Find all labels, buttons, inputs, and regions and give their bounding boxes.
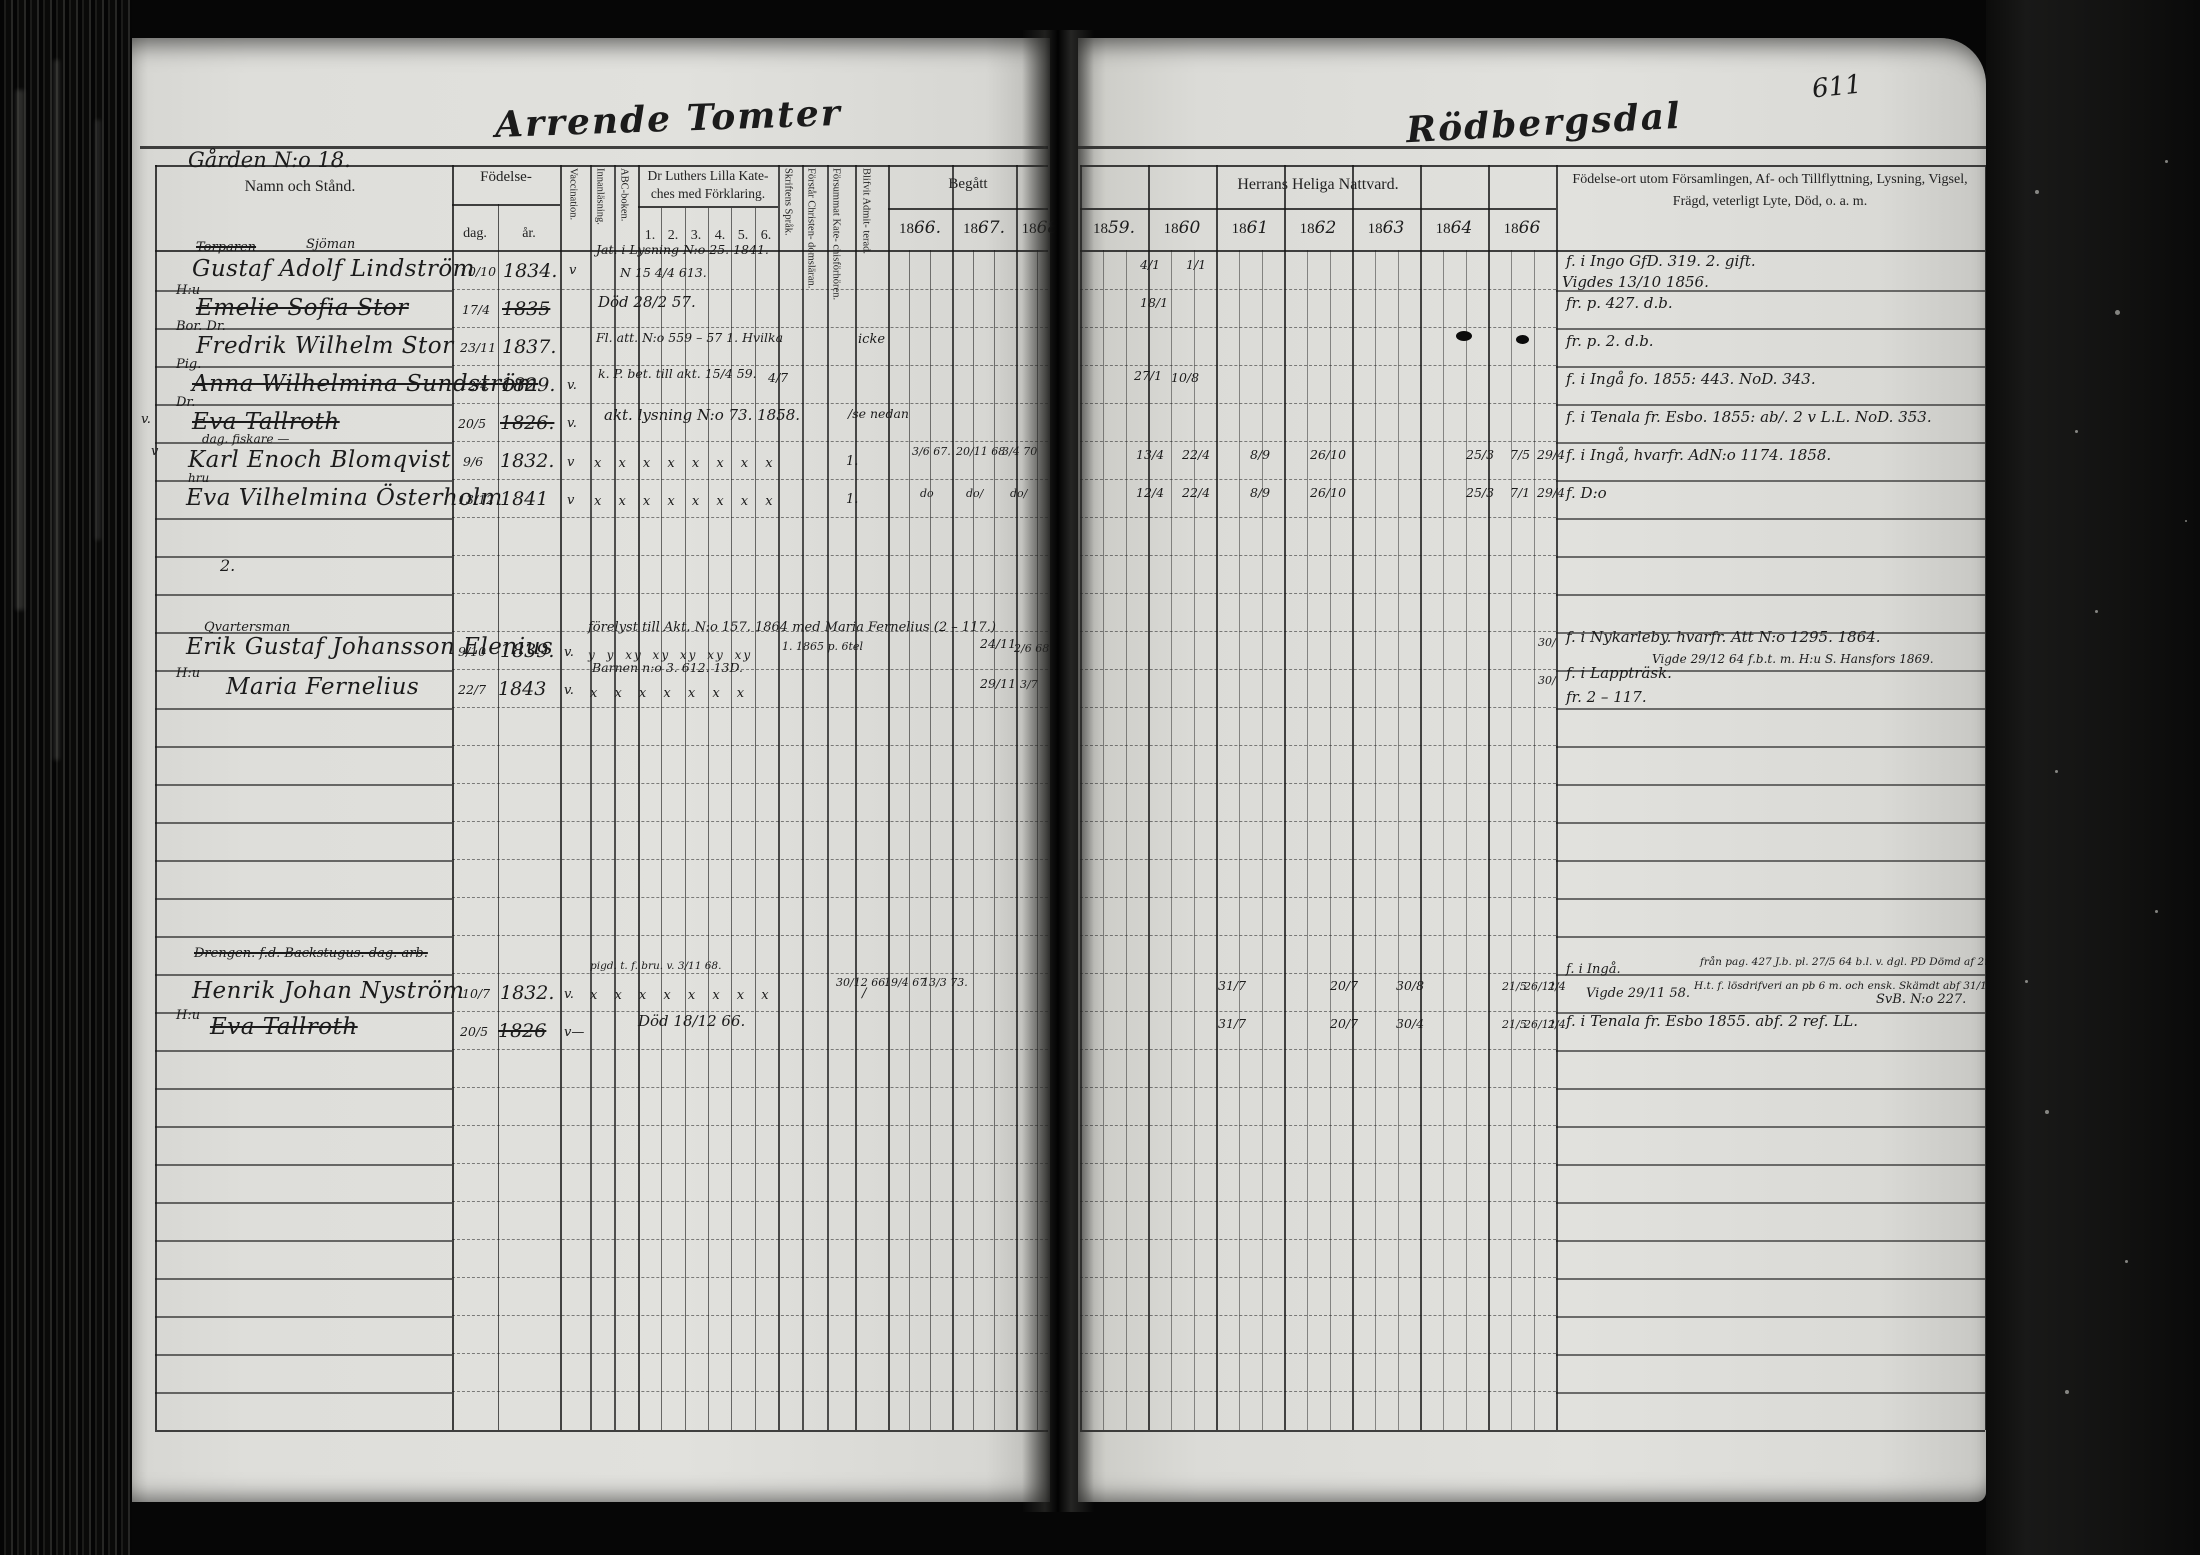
scan-dark-edge-right	[1986, 0, 2200, 1555]
right-page	[1078, 38, 1986, 1502]
page-edge-streak	[96, 120, 100, 540]
dust-speck	[2055, 770, 2058, 773]
dust-speck	[2125, 1260, 2128, 1263]
dust-speck	[2155, 910, 2158, 913]
dust-speck	[2025, 980, 2028, 983]
dust-speck	[2075, 430, 2078, 433]
page-edge-streak	[54, 60, 59, 760]
dust-speck	[2185, 520, 2187, 522]
dust-speck	[2095, 610, 2098, 613]
dust-speck	[2045, 1110, 2049, 1114]
page-edge-streak	[16, 90, 24, 610]
dust-speck	[2035, 190, 2039, 194]
left-page	[128, 38, 1050, 1502]
dust-speck	[2165, 160, 2168, 163]
dust-speck	[2065, 1390, 2069, 1394]
book-scan: Arrende Tomter Rödbergsdal 611 Gården N:…	[0, 0, 2200, 1555]
dust-speck	[2115, 310, 2120, 315]
